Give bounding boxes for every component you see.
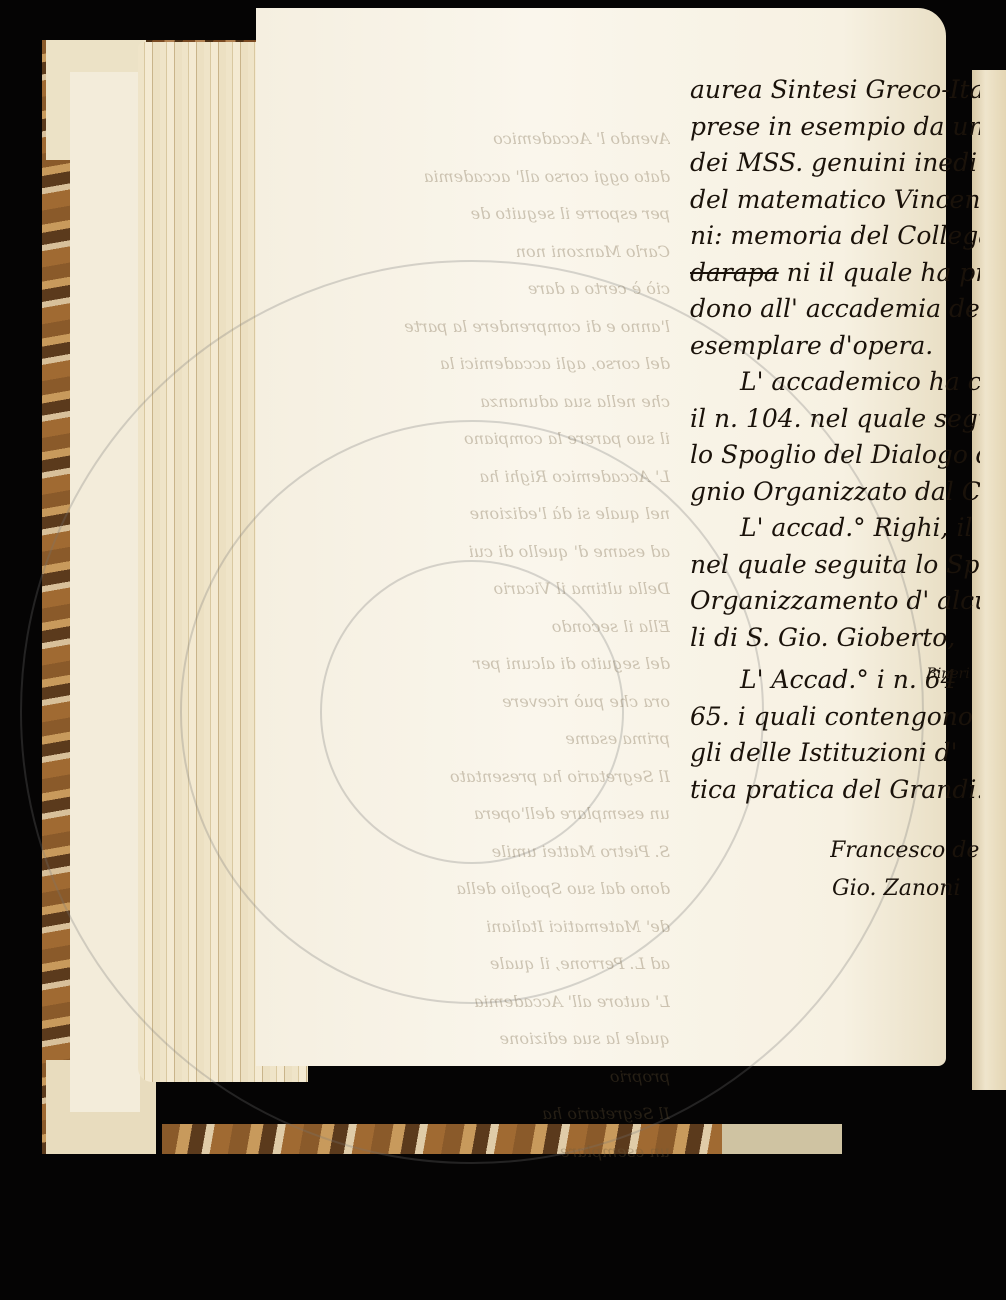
bleed-through-text: Avendo l' Accademico dato oggi corso all…: [310, 120, 670, 1170]
manuscript-line: nel quale seguita lo Spogl: [690, 547, 980, 584]
bleed-line: per esporre il seguito de: [310, 195, 670, 233]
bleed-line: Avendo l' Accademico: [310, 120, 670, 158]
bleed-line: dato oggi corso all' accademia: [310, 158, 670, 196]
bleed-line: il suo parere la compiano: [310, 420, 670, 458]
bleed-line: nel quale si dà l'edizione: [310, 495, 670, 533]
manuscript-line: gli delle Istituzioni d': [690, 735, 980, 772]
manuscript-line: li di S. Gio. Gioberto,: [690, 620, 980, 657]
manuscript-line-text: ni il quale ha pre: [787, 258, 980, 287]
bleed-line: L' autore all' Accademia: [310, 983, 670, 1021]
signature-block: Francesco del Fu Gio. Zanoni: [830, 832, 980, 908]
manuscript-line: prese in esempio da un: [690, 109, 980, 146]
bleed-line: Della ultima il Vicario: [310, 570, 670, 608]
manuscript-line: dei MSS. genuini inedi: [690, 145, 980, 182]
manuscript-line: L' Accad.° i n. 64Bineri: [690, 656, 980, 699]
manuscript-line: darapa ni il quale ha pre: [690, 255, 980, 292]
manuscript-line: Organizzamento d' alcuni: [690, 583, 980, 620]
manuscript-line: gnio Organizzato dal Cav: [690, 474, 980, 511]
manuscript-line: il n. 104. nel quale segui: [690, 401, 980, 438]
manuscript-line: esemplare d'opera.: [690, 328, 980, 365]
interlinear-insertion: Bineri: [927, 666, 970, 682]
bleed-line: un esemplare: [310, 1133, 670, 1171]
bleed-line: dono dal suo Spoglio della: [310, 870, 670, 908]
bleed-line: un esemplare dell'opera: [310, 795, 670, 833]
bleed-line: de' Matematici Italiani: [310, 908, 670, 946]
manuscript-line: del matematico Vincenzo: [690, 182, 980, 219]
struck-out-word: darapa: [690, 258, 779, 287]
bleed-line: del seguito di alcuni per: [310, 645, 670, 683]
manuscript-line: L' accademico ha con: [690, 364, 980, 401]
manuscript-line: aurea Sintesi Greco-Itali: [690, 72, 980, 109]
signature-line-1: Francesco del Fu: [830, 832, 980, 870]
bleed-line: ad esame d' quello di cui: [310, 533, 670, 571]
bleed-line: proprio: [310, 1058, 670, 1096]
manuscript-line: L' accad.° Righi, il: [690, 510, 980, 547]
manuscript-text: aurea Sintesi Greco-Itali prese in esemp…: [690, 72, 980, 808]
bleed-line: Il Segretario ha presentato: [310, 758, 670, 796]
bleed-line: del corso, agli accademici la: [310, 345, 670, 383]
bleed-line: ciò è certo a dare: [310, 270, 670, 308]
bleed-line: ad L. Perrone, il quale: [310, 945, 670, 983]
bleed-line: ora che può ricevere: [310, 683, 670, 721]
bleed-line: prima esame: [310, 720, 670, 758]
bleed-line: l'anno e di comprendere la parte: [310, 308, 670, 346]
bleed-line: quale la sua edizione: [310, 1020, 670, 1058]
bleed-line: S. Pietro Mattei umile: [310, 833, 670, 871]
bleed-line: che nella sua adunanza: [310, 383, 670, 421]
bleed-line: L' Accademico Righi ha: [310, 458, 670, 496]
vellum-corner-bottom-right: [722, 1124, 842, 1154]
manuscript-line: ni: memoria del Collega: [690, 218, 980, 255]
bleed-line: Ella il secondo: [310, 608, 670, 646]
manuscript-line: tica pratica del Grandi.: [690, 772, 980, 809]
signature-line-2: Gio. Zanoni: [830, 870, 980, 908]
manuscript-line-text: L' Accad.° i n. 64: [740, 665, 957, 694]
bleed-line: Il Segretario ha: [310, 1095, 670, 1133]
manuscript-line: lo Spoglio del Dialogo di: [690, 437, 980, 474]
manuscript-line: 65. i quali contengono: [690, 699, 980, 736]
manuscript-line: dono all' accademia della: [690, 291, 980, 328]
bleed-line: Carlo Manzoni non: [310, 233, 670, 271]
